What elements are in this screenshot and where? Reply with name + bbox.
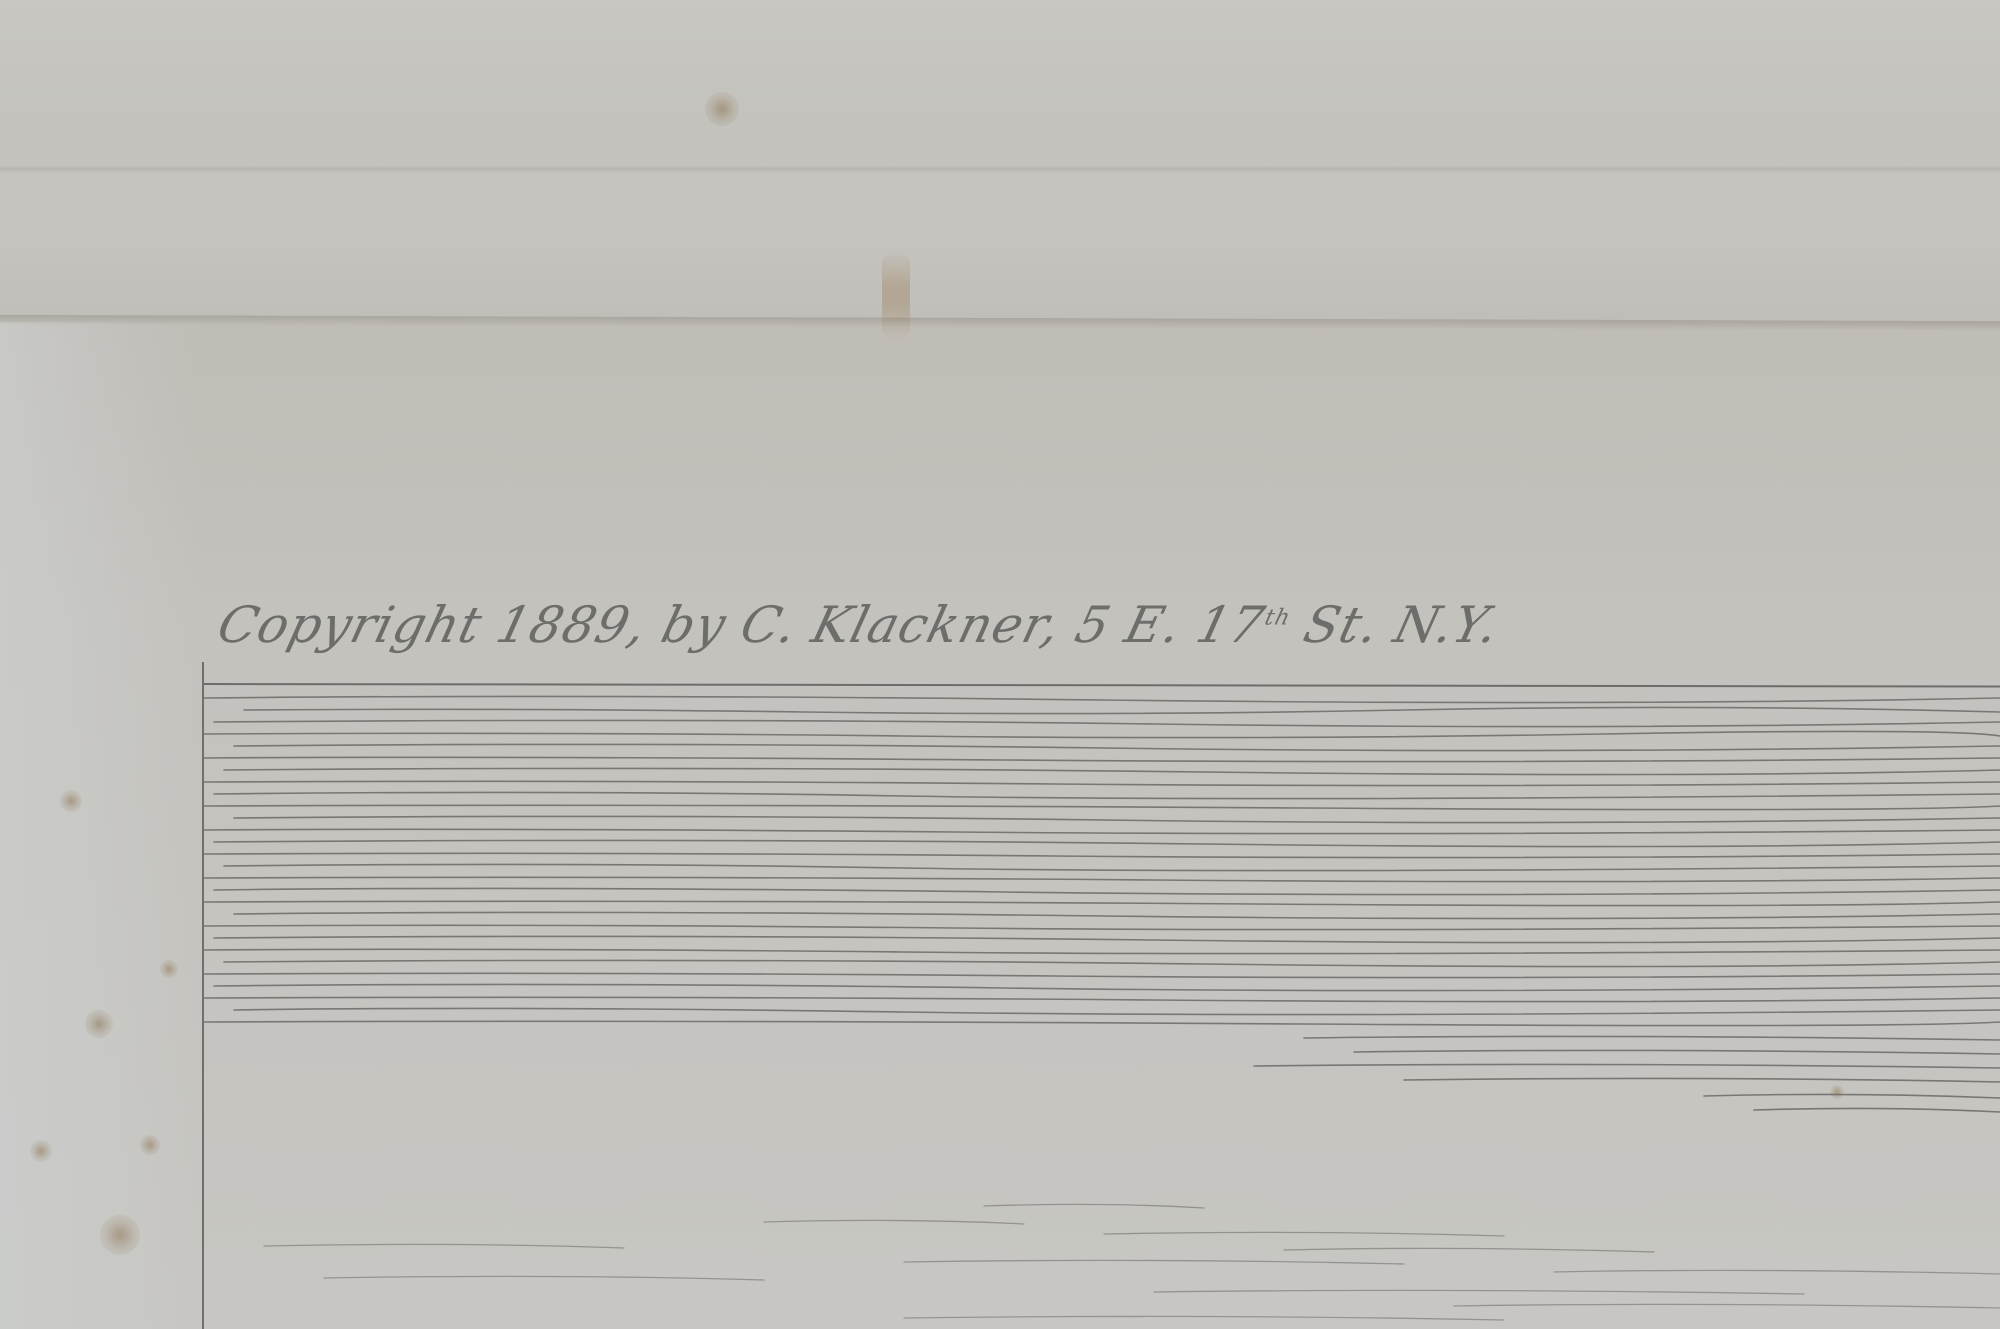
- stain-streak: [882, 250, 910, 340]
- mat-fold-line: [0, 165, 2000, 173]
- hatch-lines-graphic: [204, 686, 2000, 1329]
- engraving-hatching: [204, 686, 2000, 1329]
- foxing-spot: [140, 1135, 160, 1155]
- sheet-light-gradient: [0, 322, 200, 1329]
- foxing-spot: [100, 1215, 140, 1255]
- copyright-inscription: Copyright 1889, by C. Klackner, 5 E. 17t…: [212, 596, 1506, 654]
- foxing-spot: [30, 1140, 52, 1162]
- copyright-location: St. N.Y.: [1281, 596, 1505, 654]
- copyright-text: Copyright 1889, by C. Klackner, 5 E. 17: [212, 596, 1271, 654]
- foxing-spot: [705, 92, 739, 126]
- foxing-spot: [160, 960, 178, 978]
- foxing-spot: [85, 1010, 113, 1038]
- foxing-spot: [60, 790, 82, 812]
- photo: Copyright 1889, by C. Klackner, 5 E. 17t…: [0, 0, 2000, 1329]
- mat-board: [0, 0, 2000, 322]
